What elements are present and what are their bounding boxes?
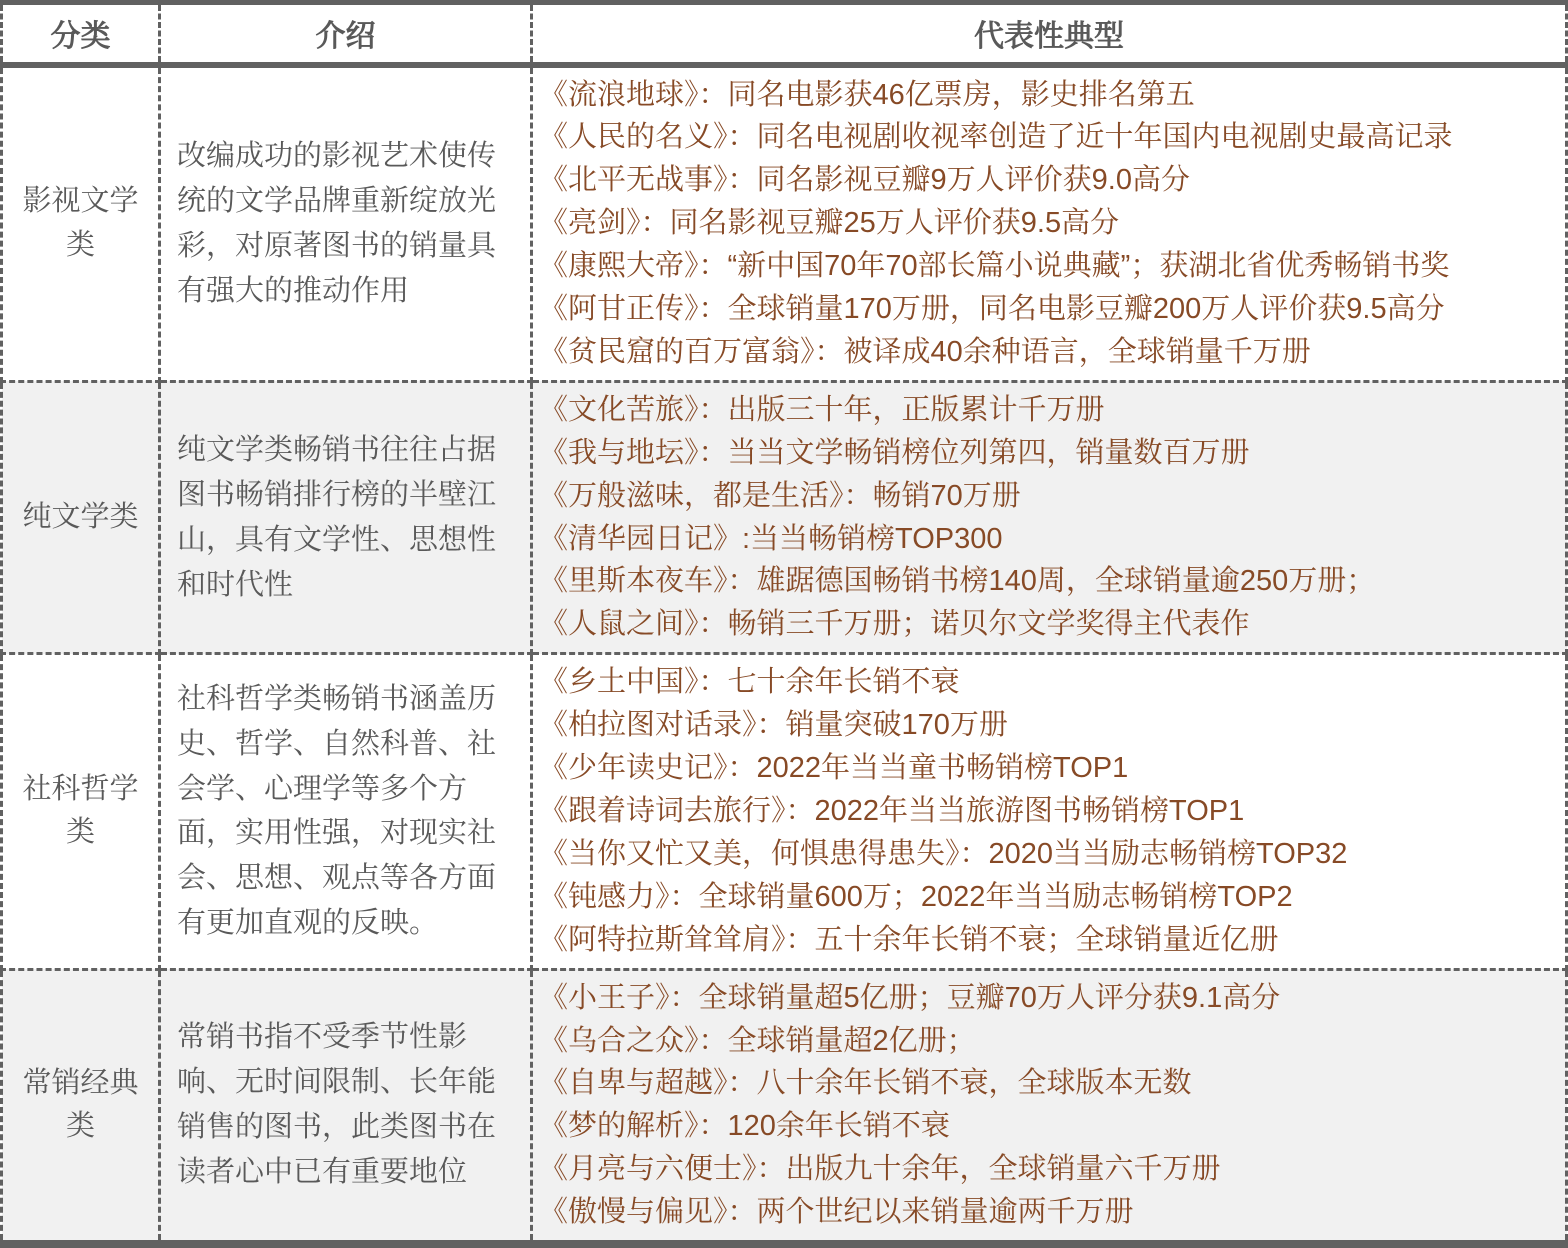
header-cell-examples: 代表性典型 xyxy=(532,3,1567,65)
example-line: 《钝感力》：全球销量600万；2022年当当励志畅销榜TOP2 xyxy=(539,876,1555,919)
intro-cell: 社科哲学类畅销书涵盖历史、哲学、自然科普、社会学、心理学等多个方面，实用性强，对… xyxy=(160,654,532,969)
example-line: 《里斯本夜车》：雄踞德国畅销书榜140周，全球销量逾250万册； xyxy=(539,560,1555,603)
example-line: 《万般滋味，都是生活》：畅销70万册 xyxy=(539,475,1555,518)
examples-cell: 《流浪地球》：同名电影获46亿票房，影史排名第五 《人民的名义》：同名电视剧收视… xyxy=(532,65,1567,382)
intro-cell: 改编成功的影视艺术使传统的文学品牌重新绽放光彩，对原著图书的销量具有强大的推动作… xyxy=(160,65,532,382)
example-line: 《柏拉图对话录》：销量突破170万册 xyxy=(539,704,1555,747)
example-line: 《梦的解析》：120余年长销不衰 xyxy=(539,1105,1555,1148)
example-line: 《文化苦旅》：出版三十年，正版累计千万册 xyxy=(539,389,1555,432)
intro-cell: 常销书指不受季节性影响、无时间限制、长年能销售的图书，此类图书在读者心中已有重要… xyxy=(160,969,532,1244)
example-line: 《小王子》：全球销量超5亿册；豆瓣70万人评分获9.1高分 xyxy=(539,977,1555,1020)
examples-cell: 《小王子》：全球销量超5亿册；豆瓣70万人评分获9.1高分 《乌合之众》：全球销… xyxy=(532,969,1567,1244)
example-line: 《乡土中国》：七十余年长销不衰 xyxy=(539,661,1555,704)
example-line: 《阿甘正传》：全球销量170万册，同名电影豆瓣200万人评价获9.5高分 xyxy=(539,288,1555,331)
example-line: 《傲慢与偏见》：两个世纪以来销量逾两千万册 xyxy=(539,1191,1555,1234)
page: 分类 介绍 代表性典型 影视文学类 改编成功的影视艺术使传统的文学品牌重新绽放光… xyxy=(0,0,1568,1248)
example-line: 《清华园日记》:当当畅销榜TOP300 xyxy=(539,518,1555,561)
category-cell: 影视文学类 xyxy=(2,65,160,382)
category-cell: 社科哲学类 xyxy=(2,654,160,969)
examples-cell: 《文化苦旅》：出版三十年，正版累计千万册 《我与地坛》：当当文学畅销榜位列第四，… xyxy=(532,381,1567,653)
table-row-film-literature: 影视文学类 改编成功的影视艺术使传统的文学品牌重新绽放光彩，对原著图书的销量具有… xyxy=(2,65,1567,382)
example-line: 《流浪地球》：同名电影获46亿票房，影史排名第五 xyxy=(539,74,1555,117)
example-line: 《我与地坛》：当当文学畅销榜位列第四，销量数百万册 xyxy=(539,432,1555,475)
book-category-table: 分类 介绍 代表性典型 影视文学类 改编成功的影视艺术使传统的文学品牌重新绽放光… xyxy=(0,0,1568,1248)
header-row: 分类 介绍 代表性典型 xyxy=(2,3,1567,65)
example-line: 《亮剑》：同名影视豆瓣25万人评价获9.5高分 xyxy=(539,202,1555,245)
example-line: 《跟着诗词去旅行》：2022年当当旅游图书畅销榜TOP1 xyxy=(539,790,1555,833)
example-line: 《少年读史记》：2022年当当童书畅销榜TOP1 xyxy=(539,747,1555,790)
intro-cell: 纯文学类畅销书往往占据图书畅销排行榜的半壁江山，具有文学性、思想性和时代性 xyxy=(160,381,532,653)
example-line: 《北平无战事》：同名影视豆瓣9万人评价获9.0高分 xyxy=(539,159,1555,202)
example-line: 《贫民窟的百万富翁》：被译成40余种语言，全球销量千万册 xyxy=(539,331,1555,374)
category-cell: 纯文学类 xyxy=(2,381,160,653)
header-cell-intro: 介绍 xyxy=(160,3,532,65)
example-line: 《人民的名义》：同名电视剧收视率创造了近十年国内电视剧史最高记录 xyxy=(539,116,1555,159)
examples-cell: 《乡土中国》：七十余年长销不衰 《柏拉图对话录》：销量突破170万册 《少年读史… xyxy=(532,654,1567,969)
example-line: 《康熙大帝》：“新中国70年70部长篇小说典藏”；获湖北省优秀畅销书奖 xyxy=(539,245,1555,288)
example-line: 《乌合之众》：全球销量超2亿册； xyxy=(539,1020,1555,1063)
example-line: 《当你又忙又美，何惧患得患失》：2020当当励志畅销榜TOP32 xyxy=(539,833,1555,876)
header-cell-category: 分类 xyxy=(2,3,160,65)
example-line: 《人鼠之间》：畅销三千万册；诺贝尔文学奖得主代表作 xyxy=(539,603,1555,646)
category-cell: 常销经典类 xyxy=(2,969,160,1244)
table-row-evergreen-classics: 常销经典类 常销书指不受季节性影响、无时间限制、长年能销售的图书，此类图书在读者… xyxy=(2,969,1567,1244)
table-row-social-philosophy: 社科哲学类 社科哲学类畅销书涵盖历史、哲学、自然科普、社会学、心理学等多个方面，… xyxy=(2,654,1567,969)
example-line: 《月亮与六便士》：出版九十余年，全球销量六千万册 xyxy=(539,1148,1555,1191)
example-line: 《自卑与超越》：八十余年长销不衰，全球版本无数 xyxy=(539,1062,1555,1105)
table-row-pure-literature: 纯文学类 纯文学类畅销书往往占据图书畅销排行榜的半壁江山，具有文学性、思想性和时… xyxy=(2,381,1567,653)
example-line: 《阿特拉斯耸耸肩》：五十余年长销不衰；全球销量近亿册 xyxy=(539,919,1555,962)
